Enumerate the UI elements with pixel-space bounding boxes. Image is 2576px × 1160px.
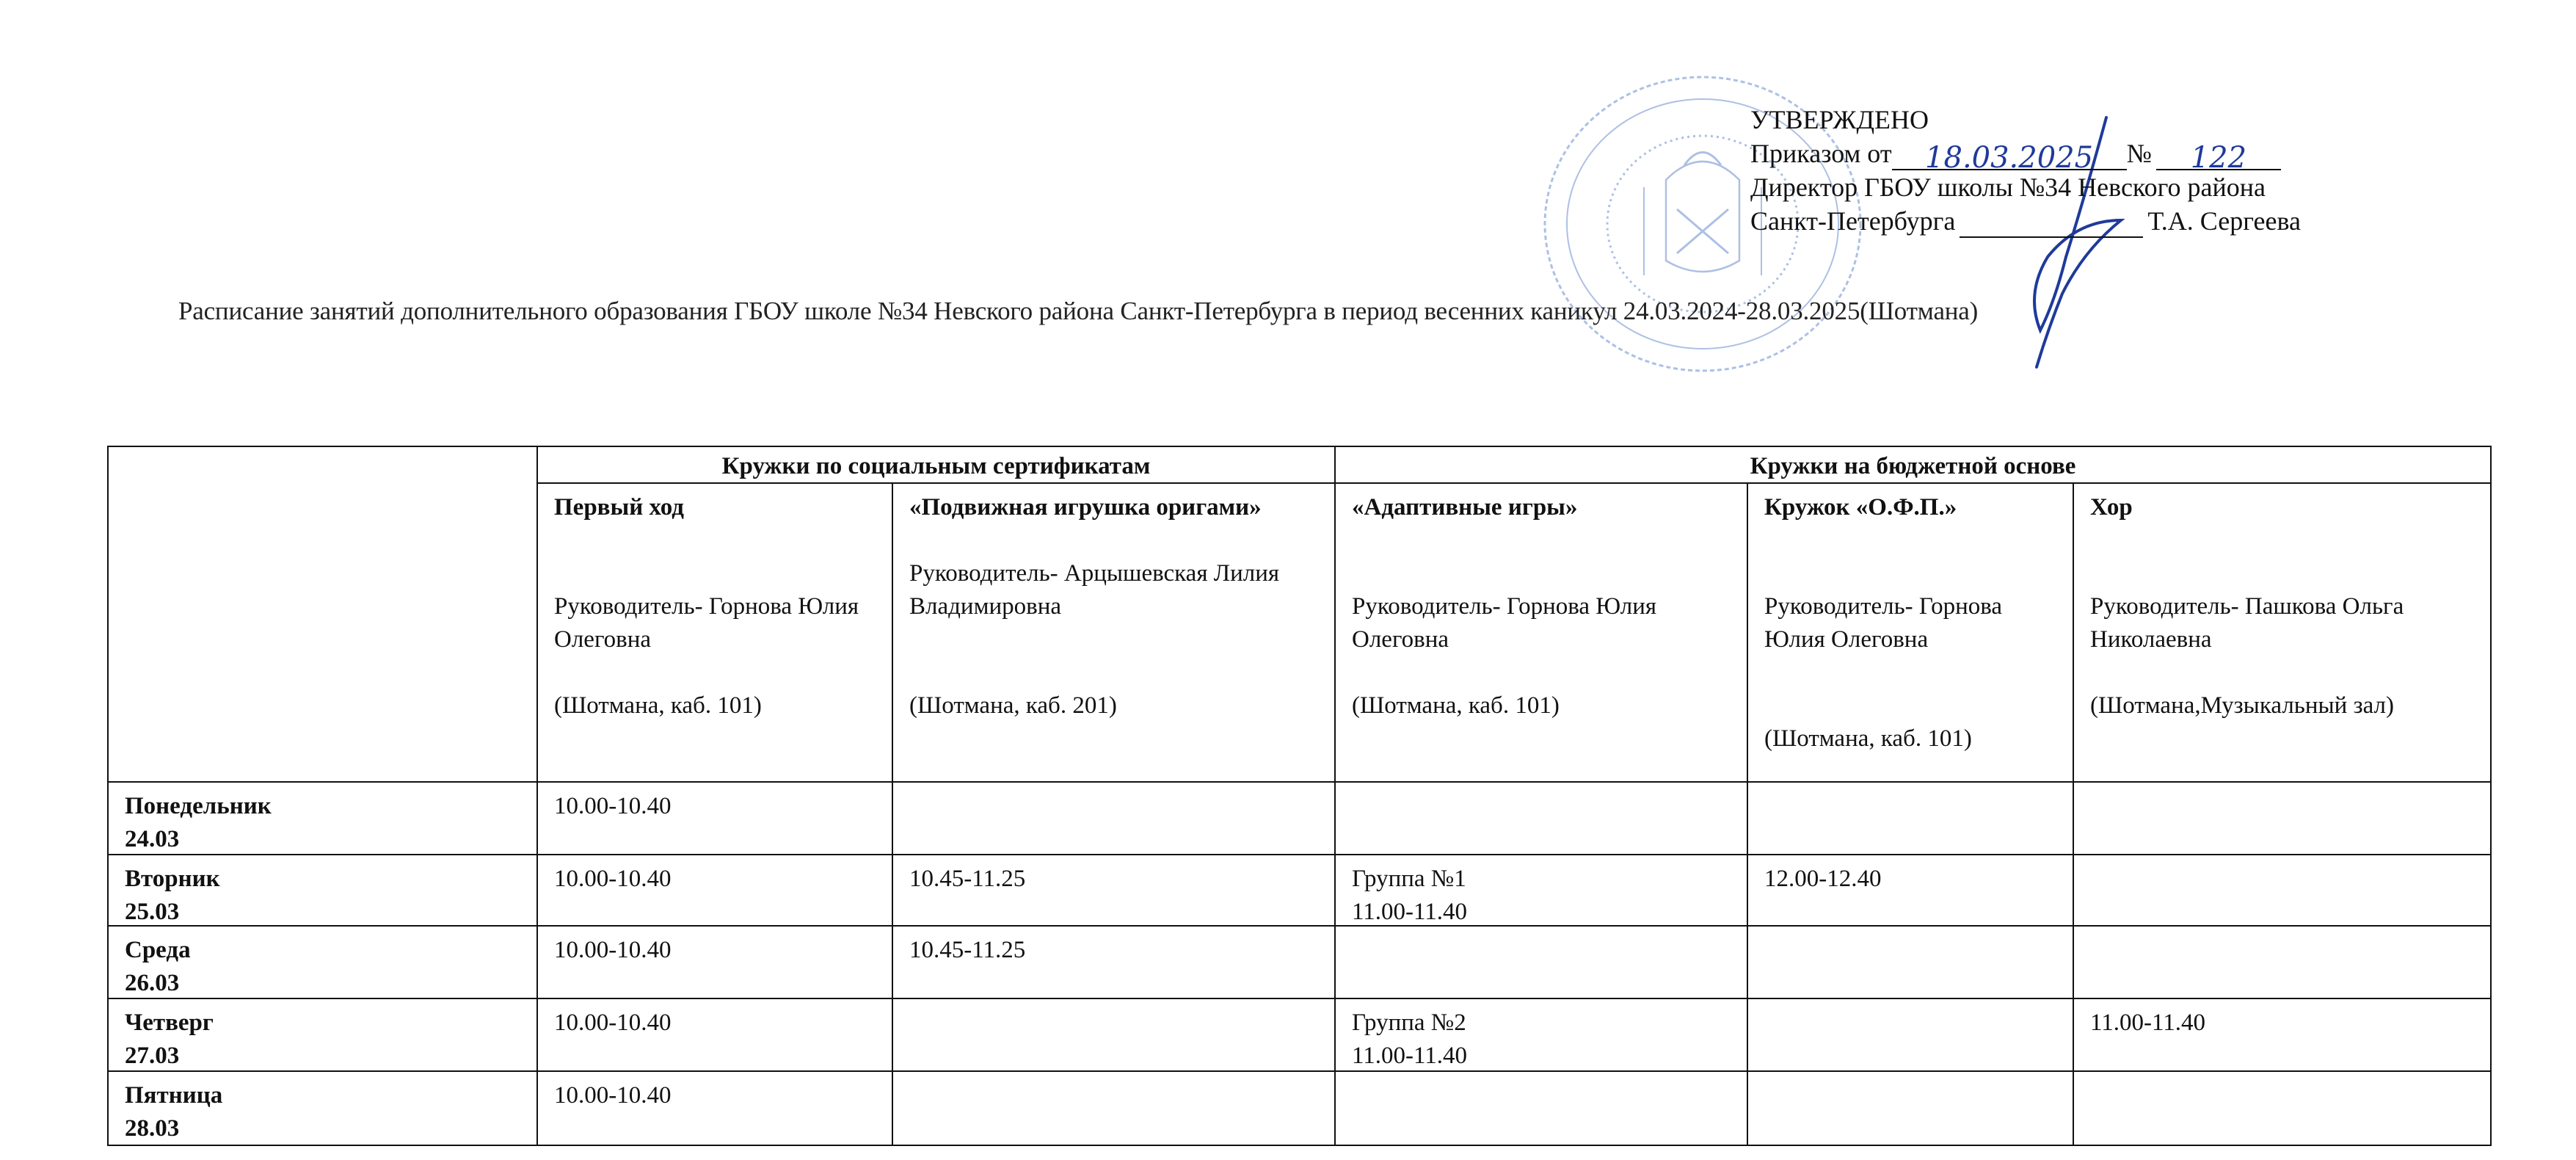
order-date-field: 18.03.2025: [1892, 141, 2127, 170]
schedule-cell: [1334, 1070, 1748, 1146]
city-prefix: Санкт-Петербурга: [1750, 206, 1955, 236]
day-cell: Пятница28.03: [107, 1070, 538, 1146]
schedule-entry: 11.00-11.40: [2090, 1007, 2474, 1040]
schedule-table: Кружки по социальным сертификатамКружки …: [107, 446, 2490, 1145]
schedule-cell: Группа №111.00-11.40: [1334, 854, 1748, 927]
director-line: Директор ГБОУ школы №34 Невского района: [1750, 170, 2301, 204]
day-date: 28.03: [125, 1112, 520, 1145]
schedule-cell: 12.00-12.40: [1747, 854, 2074, 927]
day-cell: Понедельник24.03: [107, 781, 538, 855]
order-line: Приказом от18.03.2025№122: [1750, 137, 2301, 170]
day-date: 27.03: [125, 1040, 520, 1072]
schedule-entry: Группа №1: [1352, 863, 1731, 896]
schedule-entry: 12.00-12.40: [1764, 863, 2056, 896]
schedule-cell: 10.00-10.40: [536, 1070, 893, 1146]
schedule-entry: 10.00-10.40: [554, 790, 876, 823]
schedule-entry: 10.00-10.40: [554, 934, 876, 967]
schedule-entry: 11.00-11.40: [1352, 1040, 1731, 1072]
page-title: Расписание занятий дополнительного образ…: [178, 297, 2380, 326]
schedule-entry: 10.00-10.40: [554, 1007, 876, 1040]
schedule-cell: [1747, 998, 2074, 1072]
day-name: Вторник: [125, 863, 520, 896]
schedule-cell: 11.00-11.40: [2073, 998, 2492, 1072]
approval-block: УТВЕРЖДЕНО Приказом от18.03.2025№122 Дир…: [1750, 103, 2301, 238]
signature-line: Санкт-ПетербургаТ.А. Сергеева: [1750, 204, 2301, 238]
day-name: Пятница: [125, 1079, 520, 1112]
schedule-cell: 10.00-10.40: [536, 925, 893, 999]
schedule-entry: Группа №2: [1352, 1007, 1731, 1040]
schedule-cell: [2073, 925, 2492, 999]
day-name: Среда: [125, 934, 520, 967]
schedule-cell: [1334, 781, 1748, 855]
column-name: Кружок «О.Ф.П.»: [1764, 491, 2056, 524]
column-leader: Руководитель- Арцышевская Лилия Владимир…: [909, 557, 1318, 623]
schedule-cell: 10.00-10.40: [536, 781, 893, 855]
column-leader: Руководитель- Горнова Юлия Олеговна: [1352, 590, 1731, 656]
day-date: 26.03: [125, 967, 520, 999]
column-location: (Шотмана, каб. 101): [1352, 689, 1731, 722]
schedule-cell: [2073, 781, 2492, 855]
column-location: (Шотмана, каб. 201): [909, 689, 1318, 722]
day-name: Понедельник: [125, 790, 520, 823]
number-sign: №: [2127, 139, 2152, 168]
column-header: Первый ходРуководитель- Горнова Юлия Оле…: [536, 482, 893, 783]
column-header: Кружок «О.Ф.П.»Руководитель- Горнова Юли…: [1747, 482, 2074, 783]
column-leader: Руководитель- Горнова Юлия Олеговна: [554, 590, 876, 656]
column-location: (Шотмана, каб. 101): [1764, 722, 2056, 755]
order-number-field: 122: [2156, 141, 2281, 170]
schedule-cell: [1747, 925, 2074, 999]
order-prefix: Приказом от: [1750, 139, 1892, 168]
day-cell: Вторник25.03: [107, 854, 538, 927]
column-name: «Адаптивные игры»: [1352, 491, 1731, 524]
column-header: «Адаптивные игры»Руководитель- Горнова Ю…: [1334, 482, 1748, 783]
signature-field: [1960, 209, 2143, 238]
schedule-entry: 10.00-10.40: [554, 1079, 876, 1112]
schedule-cell: [1747, 1070, 2074, 1146]
column-leader: Руководитель- Горнова Юлия Олеговна: [1764, 590, 2056, 656]
corner-cell: [107, 446, 538, 783]
group-header-budget: Кружки на бюджетной основе: [1334, 446, 2492, 484]
schedule-entry: 10.45-11.25: [909, 934, 1318, 967]
schedule-cell: 10.00-10.40: [536, 998, 893, 1072]
day-date: 25.03: [125, 896, 520, 927]
schedule-cell: [1334, 925, 1748, 999]
column-header: «Подвижная игрушка оригами»Руководитель-…: [892, 482, 1336, 783]
schedule-cell: 10.45-11.25: [892, 925, 1336, 999]
day-date: 24.03: [125, 823, 520, 855]
director-name: Т.А. Сергеева: [2147, 206, 2301, 236]
column-header: ХорРуководитель- Пашкова Ольга Николаевн…: [2073, 482, 2492, 783]
column-leader: Руководитель- Пашкова Ольга Николаевна: [2090, 590, 2474, 656]
schedule-cell: [2073, 1070, 2492, 1146]
schedule-entry: 10.00-10.40: [554, 863, 876, 896]
schedule-entry: 10.45-11.25: [909, 863, 1318, 896]
day-cell: Четверг27.03: [107, 998, 538, 1072]
schedule-cell: [892, 998, 1336, 1072]
column-name: Первый ход: [554, 491, 876, 524]
schedule-cell: Группа №211.00-11.40: [1334, 998, 1748, 1072]
approved-label: УТВЕРЖДЕНО: [1750, 103, 2301, 137]
group-header-social: Кружки по социальным сертификатам: [536, 446, 1336, 484]
schedule-entry: 11.00-11.40: [1352, 896, 1731, 927]
schedule-cell: 10.00-10.40: [536, 854, 893, 927]
schedule-cell: [2073, 854, 2492, 927]
schedule-cell: [892, 781, 1336, 855]
schedule-cell: [892, 1070, 1336, 1146]
schedule-cell: [1747, 781, 2074, 855]
column-name: Хор: [2090, 491, 2474, 524]
day-name: Четверг: [125, 1007, 520, 1040]
schedule-cell: 10.45-11.25: [892, 854, 1336, 927]
day-cell: Среда26.03: [107, 925, 538, 999]
column-location: (Шотмана,Музыкальный зал): [2090, 689, 2474, 722]
column-name: «Подвижная игрушка оригами»: [909, 491, 1318, 524]
column-location: (Шотмана, каб. 101): [554, 689, 876, 722]
